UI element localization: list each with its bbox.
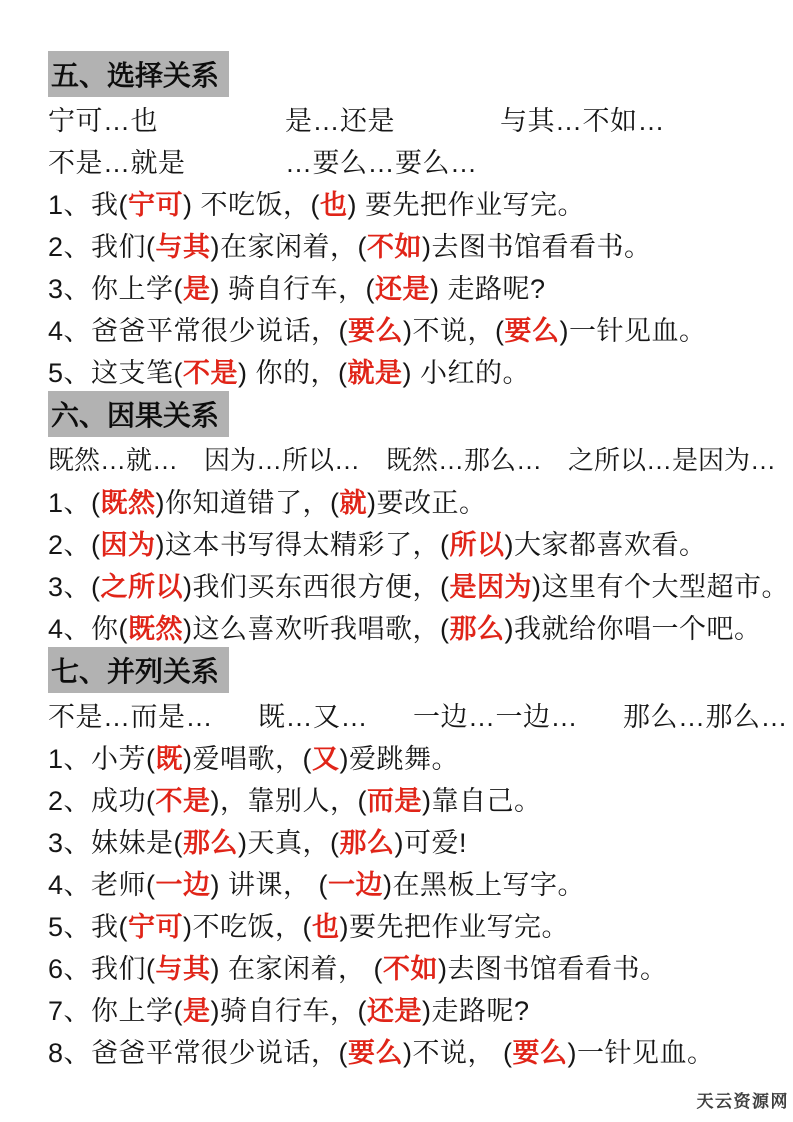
sentence: 8、爸爸平常很少说话，(要么)不说， (要么)一针见血。 <box>48 1029 773 1071</box>
sentence-text: )爱跳舞。 <box>340 737 460 776</box>
red-conjunction: 之所以 <box>101 565 184 604</box>
document-content: 五、选择关系宁可…也是…还是与其…不如…不是…就是…要么…要么…1、我(宁可) … <box>0 0 793 1071</box>
pattern-item: 既然…那么… <box>386 440 542 477</box>
sentence-text: ) 小红的。 <box>403 351 531 390</box>
sentence-text: 5、这支笔( <box>48 351 183 390</box>
sentence: 7、你上学(是)骑自行车，(还是)走路呢? <box>48 987 773 1029</box>
sentence-text: )我就给你唱一个吧。 <box>505 607 762 646</box>
sentence-text: 8、爸爸平常很少说话，( <box>48 1031 348 1070</box>
sentence: 4、你(既然)这么喜欢听我唱歌，(那么)我就给你唱一个吧。 <box>48 605 773 647</box>
red-conjunction: 与其 <box>156 225 211 264</box>
sentence-text: ) 走路呢? <box>430 267 546 306</box>
pattern-item: 因为…所以… <box>204 440 360 477</box>
sentence: 5、我(宁可)不吃饭，(也)要先把作业写完。 <box>48 903 773 945</box>
sentence-text: 3、妹妹是( <box>48 821 183 860</box>
pattern-item: 既…又… <box>258 695 368 734</box>
sentence-text: 5、我( <box>48 905 128 944</box>
sentence-text: )一针见血。 <box>568 1031 715 1070</box>
sentence-text: )在黑板上写字。 <box>383 863 585 902</box>
sentence-text: )骑自行车，( <box>211 989 367 1028</box>
pattern-item: 那么…那么… <box>623 695 788 734</box>
pattern-item: 是…还是 <box>285 99 500 138</box>
sentence: 1、(既然)你知道错了，(就)要改正。 <box>48 479 773 521</box>
pattern-item: 宁可…也 <box>48 99 285 138</box>
sentence: 3、妹妹是(那么)天真，(那么)可爱! <box>48 819 773 861</box>
sentence-text: )爱唱歌，( <box>183 737 312 776</box>
sentence-text: ) 你的，( <box>238 351 347 390</box>
sentence-text: 3、( <box>48 565 101 604</box>
red-conjunction: 所以 <box>450 523 505 562</box>
sentence-text: )这么喜欢听我唱歌，( <box>183 607 449 646</box>
watermark: 天云资源网 <box>697 1087 790 1112</box>
sentence: 2、(因为)这本书写得太精彩了，(所以)大家都喜欢看。 <box>48 521 773 563</box>
pattern-item: 一边…一边… <box>413 695 578 734</box>
sentence-text: )天真，( <box>238 821 339 860</box>
pattern-item: 不是…而是… <box>48 695 213 734</box>
sentence-text: ) 不吃饭，( <box>183 183 320 222</box>
section-header-row: 七、并列关系 <box>48 647 773 693</box>
sentence-text: )不说， ( <box>403 1031 512 1070</box>
sentence-text: 1、我( <box>48 183 128 222</box>
pattern-line: 不是…就是…要么…要么… <box>48 139 773 181</box>
sentence-text: )不说，( <box>403 309 504 348</box>
sentence-text: 1、小芳( <box>48 737 156 776</box>
sentence: 1、我(宁可) 不吃饭，(也) 要先把作业写完。 <box>48 181 773 223</box>
red-conjunction: 既 <box>156 737 184 776</box>
red-conjunction: 不是 <box>183 351 238 390</box>
sentence: 5、这支笔(不是) 你的，(就是) 小红的。 <box>48 349 773 391</box>
section-title: 六、因果关系 <box>48 391 229 437</box>
sentence-text: )走路呢? <box>422 989 530 1028</box>
red-conjunction: 那么 <box>340 821 395 860</box>
red-conjunction: 与其 <box>156 947 211 986</box>
red-conjunction: 就是 <box>348 351 403 390</box>
red-conjunction: 因为 <box>101 523 156 562</box>
sentence-text: 7、你上学( <box>48 989 183 1028</box>
red-conjunction: 而是 <box>367 779 422 818</box>
red-conjunction: 还是 <box>375 267 430 306</box>
red-conjunction: 是 <box>183 989 211 1028</box>
sentence-text: )靠自己。 <box>422 779 542 818</box>
sentence-text: )在家闲着，( <box>211 225 367 264</box>
section-binglie: 七、并列关系不是…而是…既…又…一边…一边…那么…那么…1、小芳(既)爱唱歌，(… <box>48 647 773 1071</box>
section-header-row: 六、因果关系 <box>48 391 773 437</box>
sentence-text: )我们买东西很方便，( <box>183 565 449 604</box>
sentence-text: 4、老师( <box>48 863 156 902</box>
red-conjunction: 要么 <box>348 309 403 348</box>
sentence-text: 2、我们( <box>48 225 156 264</box>
sentence-text: )去图书馆看看书。 <box>422 225 652 264</box>
sentence: 4、爸爸平常很少说话，(要么)不说，(要么)一针见血。 <box>48 307 773 349</box>
red-conjunction: 是因为 <box>450 565 533 604</box>
red-conjunction: 那么 <box>183 821 238 860</box>
sentence: 1、小芳(既)爱唱歌，(又)爱跳舞。 <box>48 735 773 777</box>
red-conjunction: 一边 <box>156 863 211 902</box>
red-conjunction: 就 <box>340 481 368 520</box>
red-conjunction: 也 <box>320 183 348 222</box>
red-conjunction: 一边 <box>328 863 383 902</box>
sentence-text: ) 骑自行车，( <box>211 267 375 306</box>
red-conjunction: 宁可 <box>128 905 183 944</box>
sentence-text: )大家都喜欢看。 <box>505 523 707 562</box>
pattern-item: …要么…要么… <box>285 141 478 180</box>
pattern-line: 宁可…也是…还是与其…不如… <box>48 97 773 139</box>
sentence: 3、(之所以)我们买东西很方便，(是因为)这里有个大型超市。 <box>48 563 773 605</box>
red-conjunction: 要么 <box>348 1031 403 1070</box>
red-conjunction: 宁可 <box>128 183 183 222</box>
pattern-line: 不是…而是…既…又…一边…一边…那么…那么… <box>48 693 773 735</box>
sentence-text: )要先把作业写完。 <box>340 905 570 944</box>
sentence-text: 4、爸爸平常很少说话，( <box>48 309 348 348</box>
red-conjunction: 不是 <box>156 779 211 818</box>
red-conjunction: 那么 <box>450 607 505 646</box>
red-conjunction: 不如 <box>367 225 422 264</box>
sentence-text: 1、( <box>48 481 101 520</box>
sentence-text: )，靠别人，( <box>211 779 367 818</box>
sentence-text: ) 要先把作业写完。 <box>348 183 586 222</box>
pattern-item: 不是…就是 <box>48 141 285 180</box>
sentence-text: )一针见血。 <box>560 309 707 348</box>
section-header-row: 五、选择关系 <box>48 51 773 97</box>
section-title: 七、并列关系 <box>48 647 229 693</box>
sentence-text: 3、你上学( <box>48 267 183 306</box>
section-xuanze: 五、选择关系宁可…也是…还是与其…不如…不是…就是…要么…要么…1、我(宁可) … <box>48 51 773 391</box>
section-title: 五、选择关系 <box>48 51 229 97</box>
sentence: 6、我们(与其) 在家闲着， (不如)去图书馆看看书。 <box>48 945 773 987</box>
red-conjunction: 要么 <box>513 1031 568 1070</box>
sentence: 2、成功(不是)，靠别人，(而是)靠自己。 <box>48 777 773 819</box>
sentence-text: 2、( <box>48 523 101 562</box>
sentence-text: )你知道错了，( <box>156 481 340 520</box>
sentence-text: 2、成功( <box>48 779 156 818</box>
section-yinguo: 六、因果关系既然…就…因为…所以…既然…那么…之所以…是因为…1、(既然)你知道… <box>48 391 773 647</box>
sentence-text: 4、你( <box>48 607 128 646</box>
sentence-text: ) 在家闲着， ( <box>211 947 384 986</box>
sentence-text: ) 讲课， ( <box>211 863 329 902</box>
pattern-item: 既然…就… <box>48 440 178 477</box>
sentence-text: )这本书写得太精彩了，( <box>156 523 450 562</box>
pattern-line: 既然…就…因为…所以…既然…那么…之所以…是因为… <box>48 437 773 479</box>
sentence: 4、老师(一边) 讲课， (一边)在黑板上写字。 <box>48 861 773 903</box>
red-conjunction: 要么 <box>505 309 560 348</box>
sentence-text: )要改正。 <box>367 481 487 520</box>
sentence-text: )不吃饭，( <box>183 905 312 944</box>
sentence-text: )可爱! <box>395 821 468 860</box>
sentence-text: 6、我们( <box>48 947 156 986</box>
document-page: 五、选择关系宁可…也是…还是与其…不如…不是…就是…要么…要么…1、我(宁可) … <box>0 0 793 1122</box>
red-conjunction: 不如 <box>383 947 438 986</box>
red-conjunction: 既然 <box>101 481 156 520</box>
red-conjunction: 也 <box>312 905 340 944</box>
sentence-text: )这里有个大型超市。 <box>532 565 789 604</box>
sentence-text: )去图书馆看看书。 <box>438 947 668 986</box>
red-conjunction: 是 <box>183 267 211 306</box>
sentence: 2、我们(与其)在家闲着，(不如)去图书馆看看书。 <box>48 223 773 265</box>
pattern-item: 与其…不如… <box>500 99 665 138</box>
red-conjunction: 还是 <box>367 989 422 1028</box>
red-conjunction: 既然 <box>128 607 183 646</box>
pattern-item: 之所以…是因为… <box>568 440 776 477</box>
sentence: 3、你上学(是) 骑自行车，(还是) 走路呢? <box>48 265 773 307</box>
red-conjunction: 又 <box>312 737 340 776</box>
